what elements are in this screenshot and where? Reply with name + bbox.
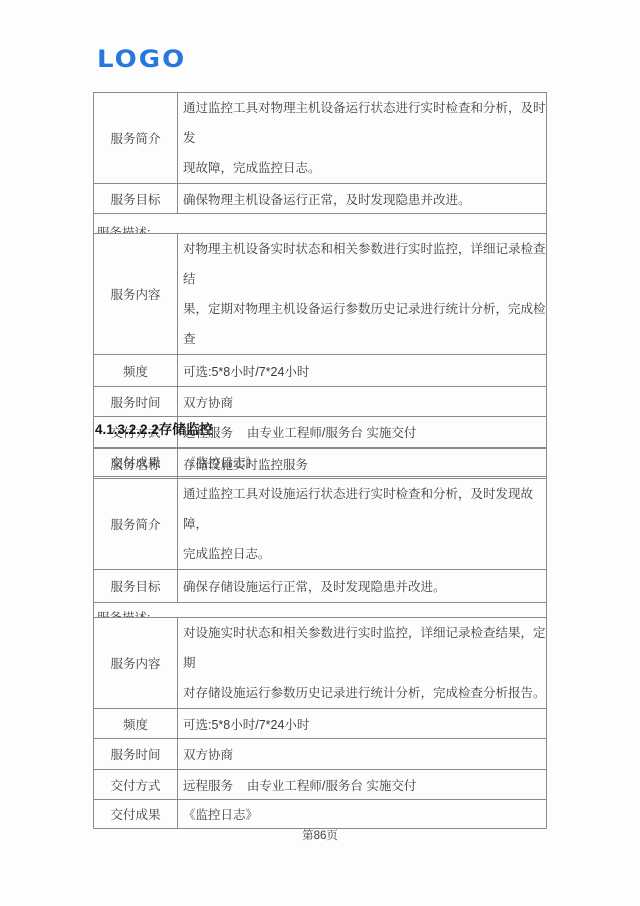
logo-text: LOGO xyxy=(97,46,186,74)
row-section-cell: 服务描述: xyxy=(94,214,547,234)
table-row: 频度 可选:5*8小时/7*24小时 xyxy=(94,355,547,387)
section-label: 服务描述: xyxy=(94,603,546,617)
table-row: 频度 可选:5*8小时/7*24小时 xyxy=(94,709,547,739)
table-row: 服务内容 对物理主机设备实时状态和相关参数进行实时监控，详细记录检查结 果，定期… xyxy=(94,234,547,355)
row-value-cell: 确保存储设施运行正常，及时发现隐患并改进。 xyxy=(178,570,547,603)
table-row: 服务简介 通过监控工具对物理主机设备运行状态进行实时检查和分析，及时发 现故障，… xyxy=(94,93,547,184)
row-section-cell: 服务描述: xyxy=(94,603,547,618)
row-value-cell: 通过监控工具对物理主机设备运行状态进行实时检查和分析，及时发 现故障，完成监控日… xyxy=(178,93,547,184)
row-label-cell: 频度 xyxy=(94,355,178,387)
row-value-cell: 可选:5*8小时/7*24小时 xyxy=(178,709,547,739)
table-row: 服务时间 双方协商 xyxy=(94,739,547,770)
table-row: 服务名称 存储设施实时监控服务 xyxy=(94,449,547,479)
row-value-cell: 远程服务 由专业工程师/服务台 实施交付 xyxy=(178,770,547,800)
row-value-cell: 确保物理主机设备运行正常，及时发现隐患并改进。 xyxy=(178,184,547,214)
row-label-cell: 服务目标 xyxy=(94,184,178,214)
row-value-cell: 双方协商 xyxy=(178,387,547,417)
row-label-cell: 交付方式 xyxy=(94,770,178,800)
page-number: 第86页 xyxy=(0,827,640,843)
row-label-cell: 服务名称 xyxy=(94,449,178,479)
row-value-cell: 存储设施实时监控服务 xyxy=(178,449,547,479)
table-row-section-divider: 服务描述: xyxy=(94,603,547,618)
service-table-storage-monitoring: 服务名称 存储设施实时监控服务 服务简介 通过监控工具对设施运行状态进行实时检查… xyxy=(93,448,547,829)
row-label-cell: 频度 xyxy=(94,709,178,739)
row-value-cell: 通过监控工具对设施运行状态进行实时检查和分析，及时发现故障， 完成监控日志。 xyxy=(178,479,547,570)
table-row: 交付成果 《监控日志》 xyxy=(94,800,547,829)
table-row-section-divider: 服务描述: xyxy=(94,214,547,234)
table-row: 服务目标 确保物理主机设备运行正常，及时发现隐患并改进。 xyxy=(94,184,547,214)
row-value-cell: 远程服务 由专业工程师/服务台 实施交付 xyxy=(178,417,547,448)
row-value-cell: 对物理主机设备实时状态和相关参数进行实时监控，详细记录检查结 果，定期对物理主机… xyxy=(178,234,547,355)
row-value-cell: 可选:5*8小时/7*24小时 xyxy=(178,355,547,387)
table-row: 服务简介 通过监控工具对设施运行状态进行实时检查和分析，及时发现故障， 完成监控… xyxy=(94,479,547,570)
row-value-cell: 对设施实时状态和相关参数进行实时监控，详细记录检查结果，定期 对存储设施运行参数… xyxy=(178,618,547,709)
row-label-cell: 服务内容 xyxy=(94,234,178,355)
row-label-cell: 服务简介 xyxy=(94,93,178,184)
table-row: 服务时间 双方协商 xyxy=(94,387,547,417)
row-value-cell: 双方协商 xyxy=(178,739,547,770)
row-label-cell: 服务简介 xyxy=(94,479,178,570)
row-label-cell: 交付成果 xyxy=(94,800,178,829)
row-label-cell: 服务内容 xyxy=(94,618,178,709)
table-row: 服务内容 对设施实时状态和相关参数进行实时监控，详细记录检查结果，定期 对存储设… xyxy=(94,618,547,709)
row-value-cell: 《监控日志》 xyxy=(178,800,547,829)
section-label: 服务描述: xyxy=(94,214,546,233)
document-page: { "page": { "logo": "LOGO", "heading": "… xyxy=(0,0,640,906)
row-label-cell: 服务目标 xyxy=(94,570,178,603)
table-row: 交付方式 远程服务 由专业工程师/服务台 实施交付 xyxy=(94,770,547,800)
row-label-cell: 服务时间 xyxy=(94,739,178,770)
table-row: 服务目标 确保存储设施运行正常，及时发现隐患并改进。 xyxy=(94,570,547,603)
row-label-cell: 服务时间 xyxy=(94,387,178,417)
section-heading: 4.1.3.2.2.2存储监控 xyxy=(95,418,213,438)
